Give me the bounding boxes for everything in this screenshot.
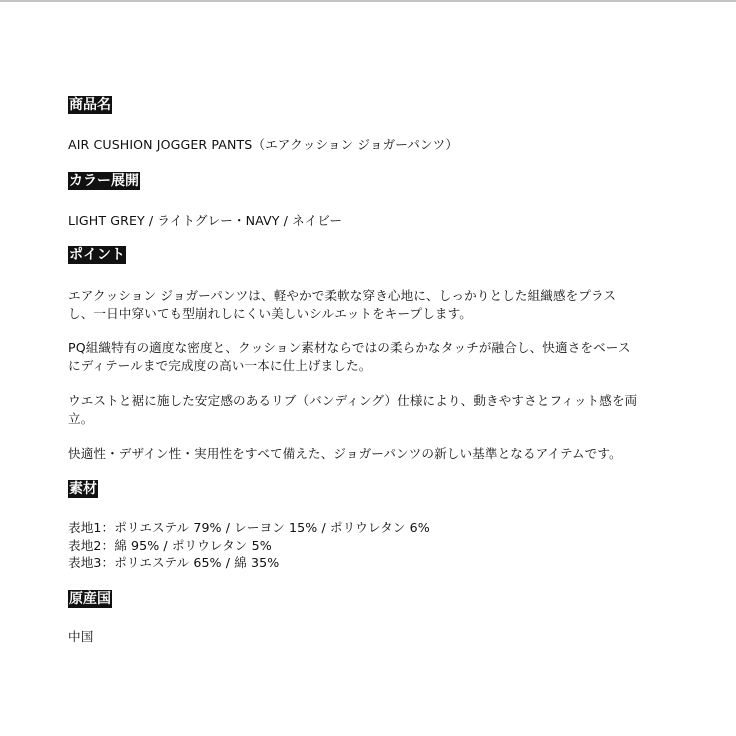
material-heading: 素材 [68, 480, 98, 498]
points-paragraph: 快適性・デザイン性・実用性をすべて備えた、ジョガーパンツの新しい基準となるアイテ… [68, 445, 622, 463]
material-list: 表地1：ポリエステル 79% / レーヨン 15% / ポリウレタン 6% 表地… [68, 519, 430, 572]
material-line: 表地3：ポリエステル 65% / 綿 35% [68, 554, 430, 572]
points-paragraph: エアクッション ジョガーパンツは、軽やかで柔軟な穿き心地に、しっかりとした組織感… [68, 287, 616, 322]
colors-heading: カラー展開 [68, 172, 140, 190]
paragraph-line: エアクッション ジョガーパンツは、軽やかで柔軟な穿き心地に、しっかりとした組織感… [68, 287, 616, 305]
product-name-heading: 商品名 [68, 96, 112, 114]
paragraph-line: 快適性・デザイン性・実用性をすべて備えた、ジョガーパンツの新しい基準となるアイテ… [68, 445, 622, 463]
points-paragraph: ウエストと裾に施した安定感のあるリブ（バンディング）仕様により、動きやすさとフィ… [68, 392, 637, 427]
paragraph-line: ウエストと裾に施した安定感のあるリブ（バンディング）仕様により、動きやすさとフィ… [68, 392, 637, 410]
points-paragraph: PQ組織特有の適度な密度と、クッション素材ならではの柔らかなタッチが融合し、快適… [68, 339, 631, 374]
origin-text: 中国 [68, 628, 93, 646]
paragraph-line: PQ組織特有の適度な密度と、クッション素材ならではの柔らかなタッチが融合し、快適… [68, 339, 631, 357]
product-name-text: AIR CUSHION JOGGER PANTS（エアクッション ジョガーパンツ… [68, 136, 458, 154]
paragraph-line: し、一日中穿いても型崩れしにくい美しいシルエットをキープします。 [68, 305, 616, 323]
material-line: 表地1：ポリエステル 79% / レーヨン 15% / ポリウレタン 6% [68, 519, 430, 537]
points-heading: ポイント [68, 246, 126, 264]
paragraph-line: にディテールまで完成度の高い一本に仕上げました。 [68, 357, 631, 375]
origin-heading: 原産国 [68, 590, 112, 608]
colors-text: LIGHT GREY / ライトグレー・NAVY / ネイビー [68, 212, 342, 230]
material-line: 表地2：綿 95% / ポリウレタン 5% [68, 537, 430, 555]
paragraph-line: 立。 [68, 410, 637, 428]
